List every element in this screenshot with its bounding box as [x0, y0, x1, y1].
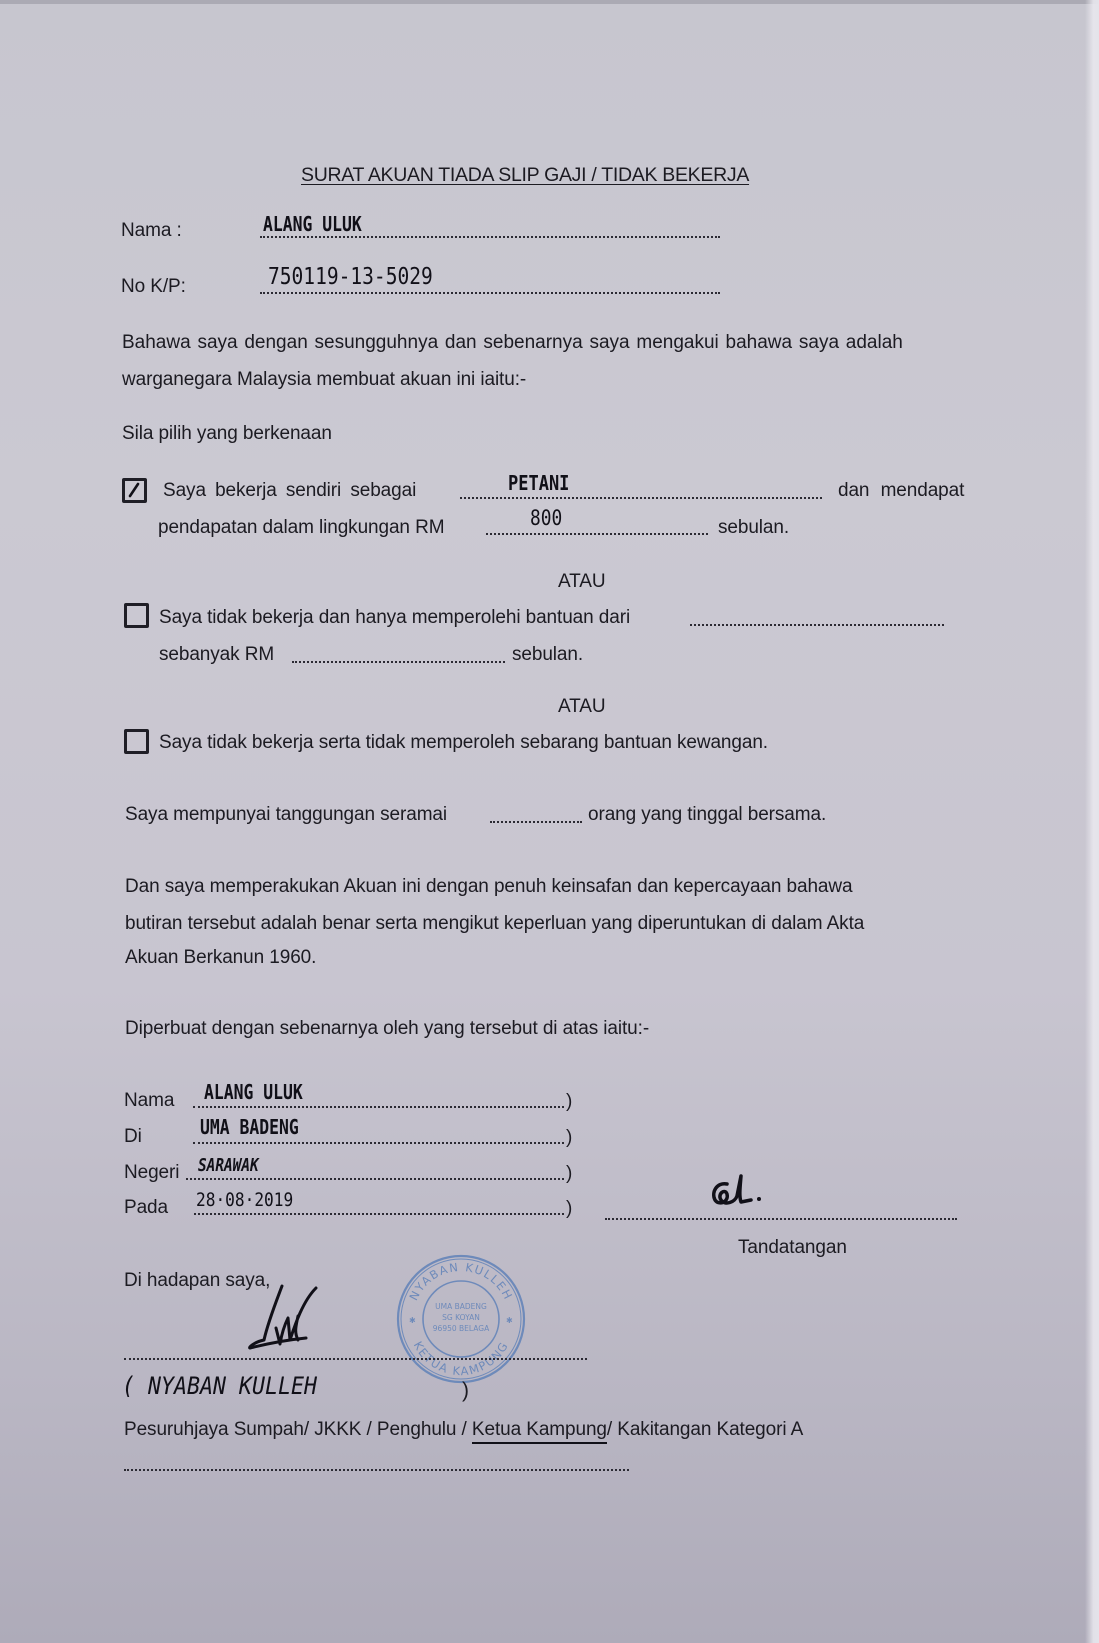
signing-date-label: Pada — [124, 1198, 168, 1217]
ic-dotted-line — [260, 292, 720, 294]
intro-line-2: warganegara Malaysia membuat akuan ini i… — [122, 370, 526, 389]
declarant-signature-icon — [705, 1172, 765, 1214]
witness-extra-dotted-line — [124, 1469, 629, 1471]
occupation-handwritten-value[interactable]: PETANI — [508, 473, 569, 493]
amount-dotted-line — [486, 533, 708, 535]
ic-handwritten-value[interactable]: 750119-13-5029 — [268, 266, 433, 289]
check-mark-icon — [128, 482, 140, 498]
aid-source-dotted-line — [690, 624, 944, 626]
signing-name-dotted-line — [193, 1106, 564, 1108]
affirmation-line-3: Akuan Berkanun 1960. — [125, 948, 316, 967]
signing-place-handwritten-value[interactable]: UMA BADENG — [200, 1117, 299, 1137]
separator-atau-1: ATAU — [558, 572, 605, 591]
option-2-line-2-suffix: sebulan. — [512, 645, 583, 664]
option-1-line-2-suffix: sebulan. — [718, 518, 789, 537]
witness-name-close-paren: ) — [462, 1380, 469, 1401]
option-2-line-2-prefix: sebanyak RM — [159, 645, 274, 664]
witness-roles-part-1: Pesuruhjaya Sumpah/ JKKK / Penghulu / — [124, 1419, 472, 1440]
option-1-line-1-prefix: Saya bekerja sendiri sebagai — [163, 481, 416, 500]
occupation-dotted-line — [460, 497, 822, 499]
witness-signature-icon — [246, 1282, 326, 1352]
made-by-text: Diperbuat dengan sebenarnya oleh yang te… — [125, 1019, 649, 1038]
name-label: Nama : — [121, 221, 182, 240]
intro-line-1-text: Bahawa saya dengan sesungguhnya dan sebe… — [122, 333, 903, 352]
page-right-edge — [1085, 0, 1099, 1643]
stamp-star-right-icon: ✱ — [506, 1316, 513, 1325]
aid-amount-dotted-line — [292, 661, 505, 663]
signing-state-dotted-line — [186, 1178, 564, 1180]
signature-label: Tandatangan — [738, 1238, 847, 1257]
signing-place-dotted-line — [193, 1142, 564, 1144]
intro-line-1: Bahawa saya dengan sesungguhnya dan sebe… — [122, 333, 985, 352]
option-2-line-1-prefix: Saya tidak bekerja dan hanya memperolehi… — [159, 608, 630, 627]
dependents-suffix: orang yang tinggal bersama. — [588, 805, 826, 824]
signing-state-label: Negeri — [124, 1163, 179, 1182]
name-handwritten-value[interactable]: ALANG ULUK — [263, 214, 362, 234]
declarant-signature-dotted-line — [605, 1218, 957, 1220]
witness-signature-dotted-line — [124, 1358, 587, 1360]
option-1-line-1-suffix: dan mendapat — [838, 481, 964, 500]
signing-date-close-paren: ) — [566, 1199, 572, 1218]
page-top-shadow — [0, 0, 1099, 4]
witness-role-selected: Ketua Kampung — [472, 1419, 607, 1444]
official-stamp: NYABAN KULLEH KETUA KAMPUNG ✱ ✱ UMA BADE… — [395, 1253, 527, 1385]
dependents-dotted-line — [490, 821, 582, 823]
signing-state-close-paren: ) — [566, 1164, 572, 1183]
signing-place-close-paren: ) — [566, 1128, 572, 1147]
affirmation-line-1: Dan saya memperakukan Akuan ini dengan p… — [125, 877, 852, 896]
dependents-prefix: Saya mempunyai tanggungan seramai — [125, 805, 447, 824]
witness-roles-line: Pesuruhjaya Sumpah/ JKKK / Penghulu / Ke… — [124, 1420, 803, 1439]
name-dotted-line — [260, 236, 720, 238]
signing-place-label: Di — [124, 1127, 142, 1146]
separator-atau-2: ATAU — [558, 697, 605, 716]
option-3-checkbox[interactable] — [124, 729, 149, 754]
signing-date-dotted-line — [194, 1213, 564, 1215]
option-1-checkbox[interactable] — [122, 478, 147, 503]
ic-label: No K/P: — [121, 277, 186, 296]
signing-name-close-paren: ) — [566, 1092, 572, 1111]
witness-roles-part-2: / Kakitangan Kategori A — [607, 1419, 803, 1440]
stamp-inner-line-1: UMA BADENG — [435, 1302, 487, 1311]
signing-name-handwritten-value[interactable]: ALANG ULUK — [204, 1082, 303, 1102]
option-1-line-2-prefix: pendapatan dalam lingkungan RM — [158, 518, 444, 537]
option-2-checkbox[interactable] — [124, 603, 149, 628]
amount-handwritten-value[interactable]: 800 — [530, 508, 562, 529]
stamp-inner-line-3: 96950 BELAGA — [433, 1324, 490, 1333]
witness-name-handwritten-value[interactable]: ( NYABAN KULLEH — [122, 1374, 317, 1398]
affirmation-line-2: butiran tersebut adalah benar serta meng… — [125, 914, 864, 933]
stamp-star-left-icon: ✱ — [409, 1316, 416, 1325]
stamp-inner-line-2: SG KOYAN — [442, 1313, 480, 1322]
signing-state-handwritten-value[interactable]: SARAWAK — [198, 1157, 259, 1175]
option-3-text: Saya tidak bekerja serta tidak memperole… — [159, 733, 768, 752]
signing-date-handwritten-value[interactable]: 28·08·2019 — [196, 1191, 293, 1210]
document-title: SURAT AKUAN TIADA SLIP GAJI / TIDAK BEKE… — [301, 164, 749, 187]
instruction-text: Sila pilih yang berkenaan — [122, 424, 332, 443]
signing-name-label: Nama — [124, 1091, 174, 1110]
